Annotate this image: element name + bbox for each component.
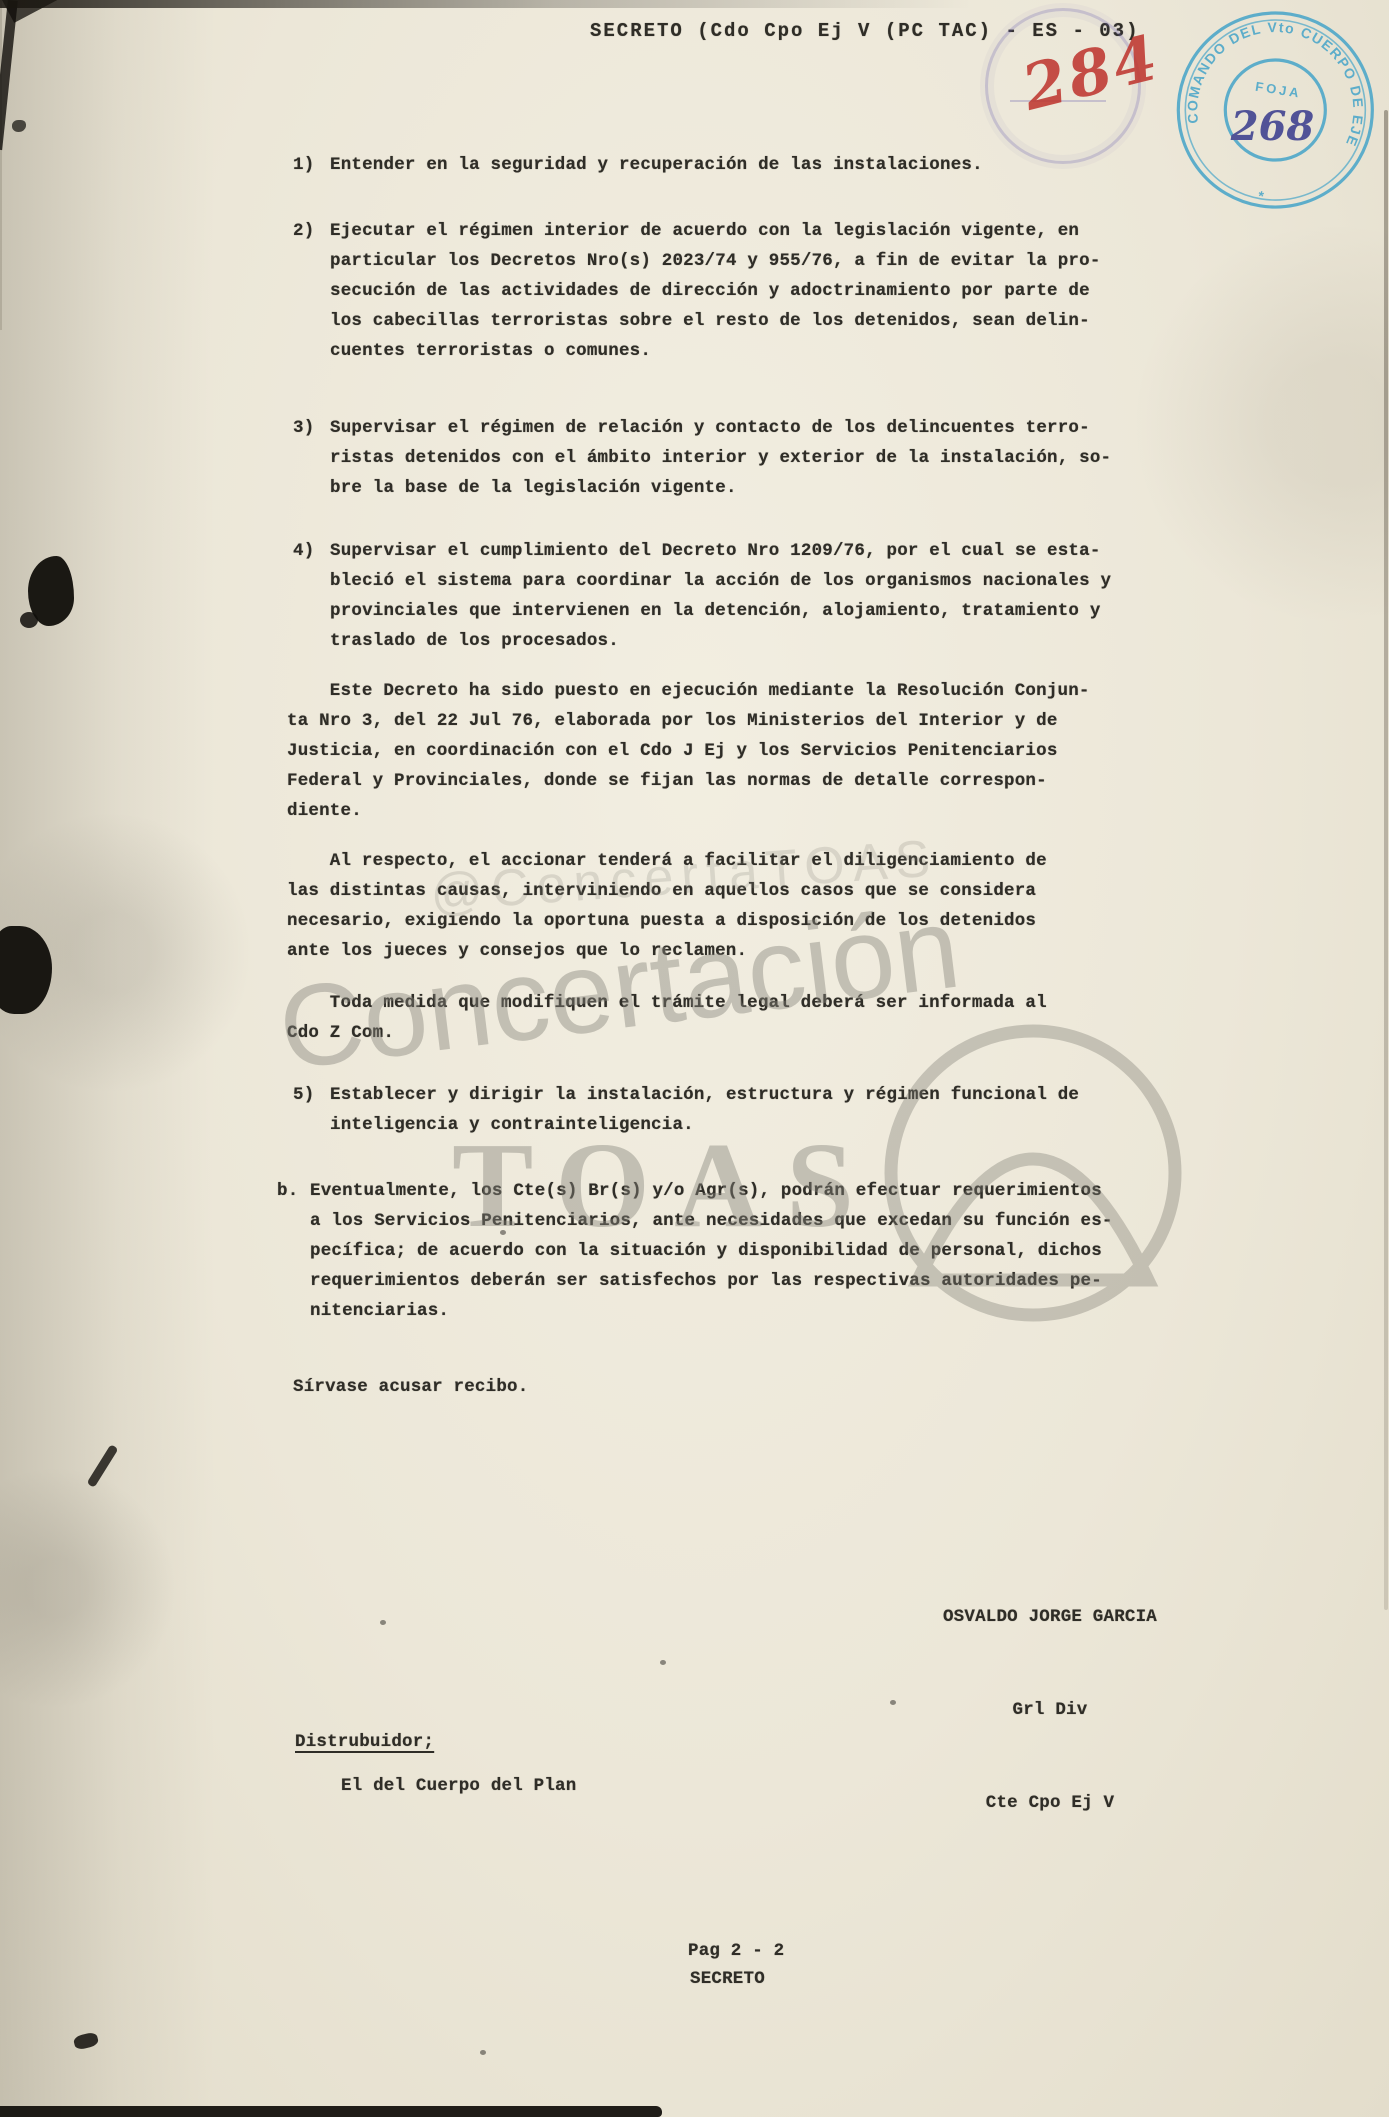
- list-item-1: 1) Entender en la seguridad y recuperaci…: [293, 150, 983, 180]
- scan-edge-right: [1384, 110, 1388, 1610]
- distribution-entry: El del Cuerpo del Plan: [341, 1771, 576, 1801]
- scan-edge-top: [0, 0, 1389, 8]
- scan-artifact: [20, 612, 38, 628]
- list-item-3: 3) Supervisar el régimen de relación y c…: [293, 413, 1111, 503]
- list-item-b: b. Eventualmente, los Cte(s) Br(s) y/o A…: [277, 1176, 1113, 1326]
- page-number-footer: Pag 2 - 2: [688, 1936, 784, 1966]
- item-text: Establecer y dirigir la instalación, est…: [330, 1080, 1079, 1140]
- scan-artifact: [660, 1660, 666, 1665]
- item-text: Entender en la seguridad y recuperación …: [330, 150, 983, 180]
- stamp-folio-number: 268: [1230, 103, 1315, 150]
- item-number: 3): [293, 413, 330, 503]
- distribution-heading: Distrubuidor;: [295, 1727, 434, 1757]
- list-item-5: 5) Establecer y dirigir la instalación, …: [293, 1080, 1079, 1140]
- item-text: Supervisar el cumplimiento del Decreto N…: [330, 536, 1111, 656]
- scan-artifact: [480, 2050, 486, 2055]
- item-text: Supervisar el régimen de relación y cont…: [330, 413, 1111, 503]
- signer-position: Cte Cpo Ej V: [900, 1788, 1200, 1819]
- scan-artifact: [380, 1620, 386, 1625]
- list-item-4: 4) Supervisar el cumplimiento del Decret…: [293, 536, 1111, 656]
- stamp-star: *: [1257, 188, 1266, 205]
- signer-name: OSVALDO JORGE GARCIA: [900, 1602, 1200, 1633]
- item-number: 4): [293, 536, 330, 656]
- stamp-field-label: FOJA: [1254, 79, 1302, 101]
- item-number: b.: [277, 1176, 310, 1326]
- signature-block: OSVALDO JORGE GARCIA Grl Div Cte Cpo Ej …: [900, 1540, 1200, 1881]
- scan-artifact-bottom-strip: [0, 2106, 662, 2117]
- scanned-document-page: SECRETO (Cdo Cpo Ej V (PC TAC) - ES - 03…: [0, 0, 1389, 2117]
- foja-round-stamp: COMANDO DEL Vto CUERPO DE EJERCITO FOJA …: [1142, 0, 1389, 241]
- scan-artifact: [890, 1700, 896, 1705]
- classification-footer: SECRETO: [690, 1964, 765, 1994]
- signer-rank: Grl Div: [900, 1695, 1200, 1726]
- item-number: 1): [293, 150, 330, 180]
- item-text: Eventualmente, los Cte(s) Br(s) y/o Agr(…: [310, 1176, 1113, 1326]
- body-paragraph: Al respecto, el accionar tenderá a facil…: [287, 846, 1047, 966]
- body-paragraph: Este Decreto ha sido puesto en ejecución…: [287, 676, 1090, 826]
- list-item-2: 2) Ejecutar el régimen interior de acuer…: [293, 216, 1101, 366]
- scan-artifact: [500, 1230, 506, 1235]
- body-paragraph: Toda medida que modifiquen el trámite le…: [287, 988, 1047, 1048]
- item-number: 2): [293, 216, 330, 366]
- item-text: Ejecutar el régimen interior de acuerdo …: [330, 216, 1101, 366]
- closing-line: Sírvase acusar recibo.: [293, 1372, 528, 1402]
- item-number: 5): [293, 1080, 330, 1140]
- scan-shadow-left-band: [0, 0, 215, 2117]
